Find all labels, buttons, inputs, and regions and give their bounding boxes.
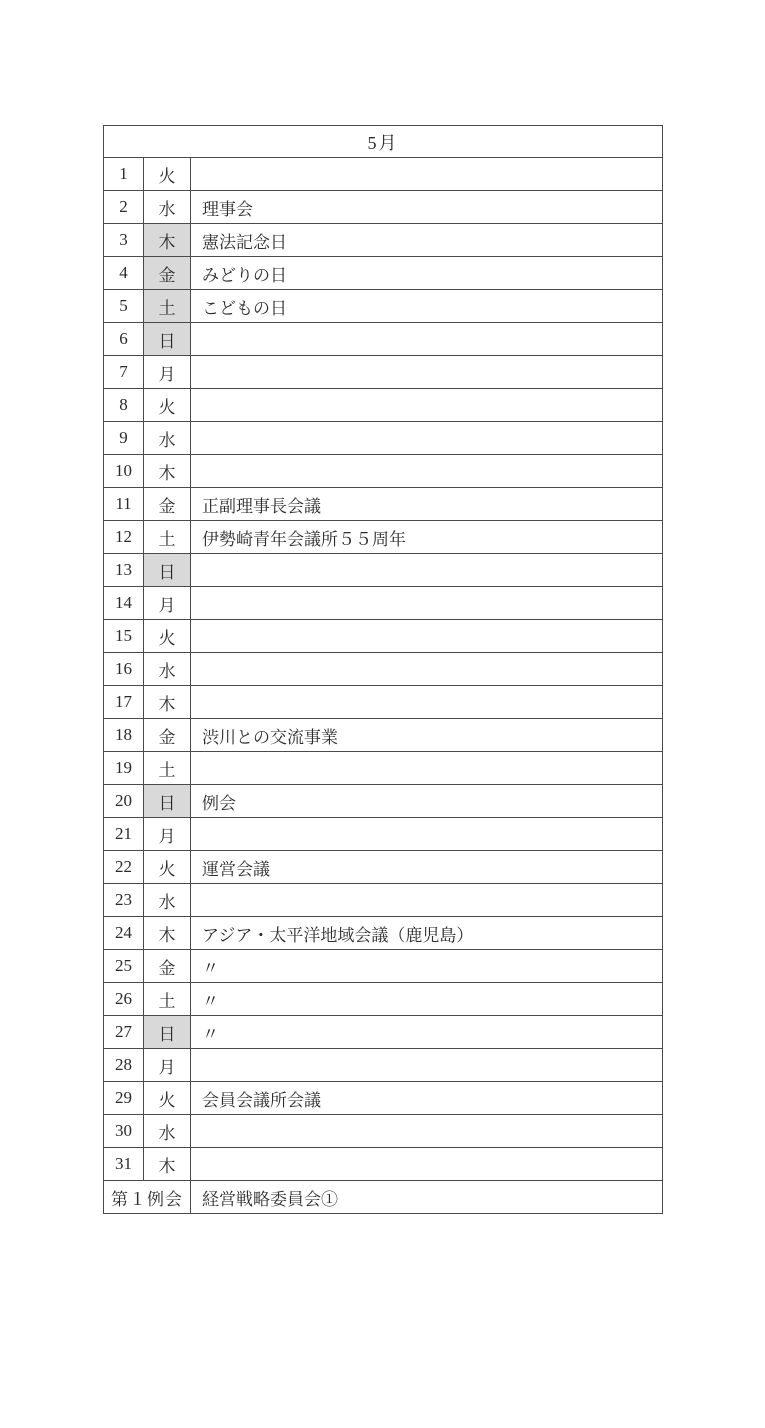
weekday-label: 金 [144,257,191,290]
event-label: 例会 [191,785,663,818]
calendar-day-row: 2 水 理事会 [104,191,663,224]
day-number: 18 [104,719,144,752]
calendar-day-row: 6 日 [104,323,663,356]
calendar-day-row: 1 火 [104,158,663,191]
day-number: 24 [104,917,144,950]
calendar-day-row: 31 木 [104,1148,663,1181]
weekday-label: 水 [144,191,191,224]
calendar-day-row: 7 月 [104,356,663,389]
event-label: 正副理事長会議 [191,488,663,521]
day-number: 8 [104,389,144,422]
day-number: 31 [104,1148,144,1181]
day-number: 2 [104,191,144,224]
day-number: 21 [104,818,144,851]
calendar-body: 1 火 2 水 理事会 3 木 憲法記念日 4 金 みどりの日 5 土 こどもの… [104,158,663,1181]
day-number: 6 [104,323,144,356]
event-label [191,653,663,686]
event-label [191,587,663,620]
event-label: 伊勢崎青年会議所５５周年 [191,521,663,554]
calendar-day-row: 11 金 正副理事長会議 [104,488,663,521]
calendar-day-row: 13 日 [104,554,663,587]
weekday-label: 火 [144,1082,191,1115]
day-number: 25 [104,950,144,983]
event-label [191,356,663,389]
calendar-day-row: 5 土 こどもの日 [104,290,663,323]
weekday-label: 火 [144,851,191,884]
event-label [191,1115,663,1148]
event-label [191,455,663,488]
day-number: 17 [104,686,144,719]
may-schedule-table: 5月 1 火 2 水 理事会 3 木 憲法記念日 4 金 みどりの日 5 土 こ… [103,125,663,1214]
event-label [191,818,663,851]
weekday-label: 月 [144,1049,191,1082]
day-number: 9 [104,422,144,455]
day-number: 26 [104,983,144,1016]
calendar-day-row: 28 月 [104,1049,663,1082]
weekday-label: 日 [144,554,191,587]
weekday-label: 火 [144,389,191,422]
calendar-day-row: 18 金 渋川との交流事業 [104,719,663,752]
weekday-label: 水 [144,884,191,917]
day-number: 11 [104,488,144,521]
calendar-day-row: 25 金 〃 [104,950,663,983]
day-number: 13 [104,554,144,587]
weekday-label: 土 [144,521,191,554]
event-label [191,752,663,785]
calendar-day-row: 16 水 [104,653,663,686]
event-label [191,389,663,422]
event-label: 会員会議所会議 [191,1082,663,1115]
event-label [191,323,663,356]
weekday-label: 日 [144,1016,191,1049]
weekday-label: 土 [144,752,191,785]
day-number: 5 [104,290,144,323]
event-label: 運営会議 [191,851,663,884]
day-number: 20 [104,785,144,818]
weekday-label: 木 [144,455,191,488]
event-label: 〃 [191,950,663,983]
calendar-header-row: 5月 [104,126,663,158]
calendar-day-row: 8 火 [104,389,663,422]
weekday-label: 金 [144,488,191,521]
day-number: 1 [104,158,144,191]
calendar-day-row: 26 土 〃 [104,983,663,1016]
event-label: 〃 [191,983,663,1016]
calendar-day-row: 10 木 [104,455,663,488]
calendar-day-row: 27 日 〃 [104,1016,663,1049]
first-meeting-event: 経営戦略委員会① [191,1181,663,1214]
weekday-label: 木 [144,686,191,719]
weekday-label: 金 [144,950,191,983]
weekday-label: 土 [144,983,191,1016]
weekday-label: 土 [144,290,191,323]
weekday-label: 水 [144,422,191,455]
calendar-day-row: 20 日 例会 [104,785,663,818]
calendar-day-row: 19 土 [104,752,663,785]
day-number: 23 [104,884,144,917]
weekday-label: 木 [144,224,191,257]
day-number: 7 [104,356,144,389]
weekday-label: 月 [144,587,191,620]
day-number: 4 [104,257,144,290]
event-label: こどもの日 [191,290,663,323]
weekday-label: 金 [144,719,191,752]
day-number: 3 [104,224,144,257]
event-label [191,422,663,455]
weekday-label: 日 [144,785,191,818]
day-number: 27 [104,1016,144,1049]
calendar-day-row: 3 木 憲法記念日 [104,224,663,257]
calendar-day-row: 22 火 運営会議 [104,851,663,884]
event-label: アジア・太平洋地域会議（鹿児島） [191,917,663,950]
event-label [191,620,663,653]
month-title: 5月 [104,126,663,158]
calendar-day-row: 4 金 みどりの日 [104,257,663,290]
weekday-label: 木 [144,1148,191,1181]
weekday-label: 水 [144,1115,191,1148]
calendar-day-row: 23 水 [104,884,663,917]
event-label [191,884,663,917]
first-meeting-label: 第１例会 [104,1181,191,1214]
event-label: 憲法記念日 [191,224,663,257]
day-number: 22 [104,851,144,884]
day-number: 29 [104,1082,144,1115]
calendar-day-row: 12 土 伊勢崎青年会議所５５周年 [104,521,663,554]
event-label: みどりの日 [191,257,663,290]
calendar-day-row: 21 月 [104,818,663,851]
weekday-label: 月 [144,818,191,851]
event-label: 渋川との交流事業 [191,719,663,752]
day-number: 10 [104,455,144,488]
event-label [191,554,663,587]
event-label [191,158,663,191]
day-number: 14 [104,587,144,620]
calendar-day-row: 15 火 [104,620,663,653]
weekday-label: 水 [144,653,191,686]
event-label: 理事会 [191,191,663,224]
calendar-day-row: 14 月 [104,587,663,620]
calendar-day-row: 30 水 [104,1115,663,1148]
event-label: 〃 [191,1016,663,1049]
day-number: 30 [104,1115,144,1148]
first-meeting-row: 第１例会 経営戦略委員会① [104,1181,663,1214]
calendar-day-row: 17 木 [104,686,663,719]
day-number: 19 [104,752,144,785]
event-label [191,1049,663,1082]
weekday-label: 木 [144,917,191,950]
calendar-day-row: 9 水 [104,422,663,455]
weekday-label: 月 [144,356,191,389]
day-number: 28 [104,1049,144,1082]
event-label [191,686,663,719]
weekday-label: 火 [144,620,191,653]
day-number: 16 [104,653,144,686]
event-label [191,1148,663,1181]
day-number: 15 [104,620,144,653]
weekday-label: 火 [144,158,191,191]
day-number: 12 [104,521,144,554]
calendar-day-row: 29 火 会員会議所会議 [104,1082,663,1115]
weekday-label: 日 [144,323,191,356]
calendar-day-row: 24 木 アジア・太平洋地域会議（鹿児島） [104,917,663,950]
